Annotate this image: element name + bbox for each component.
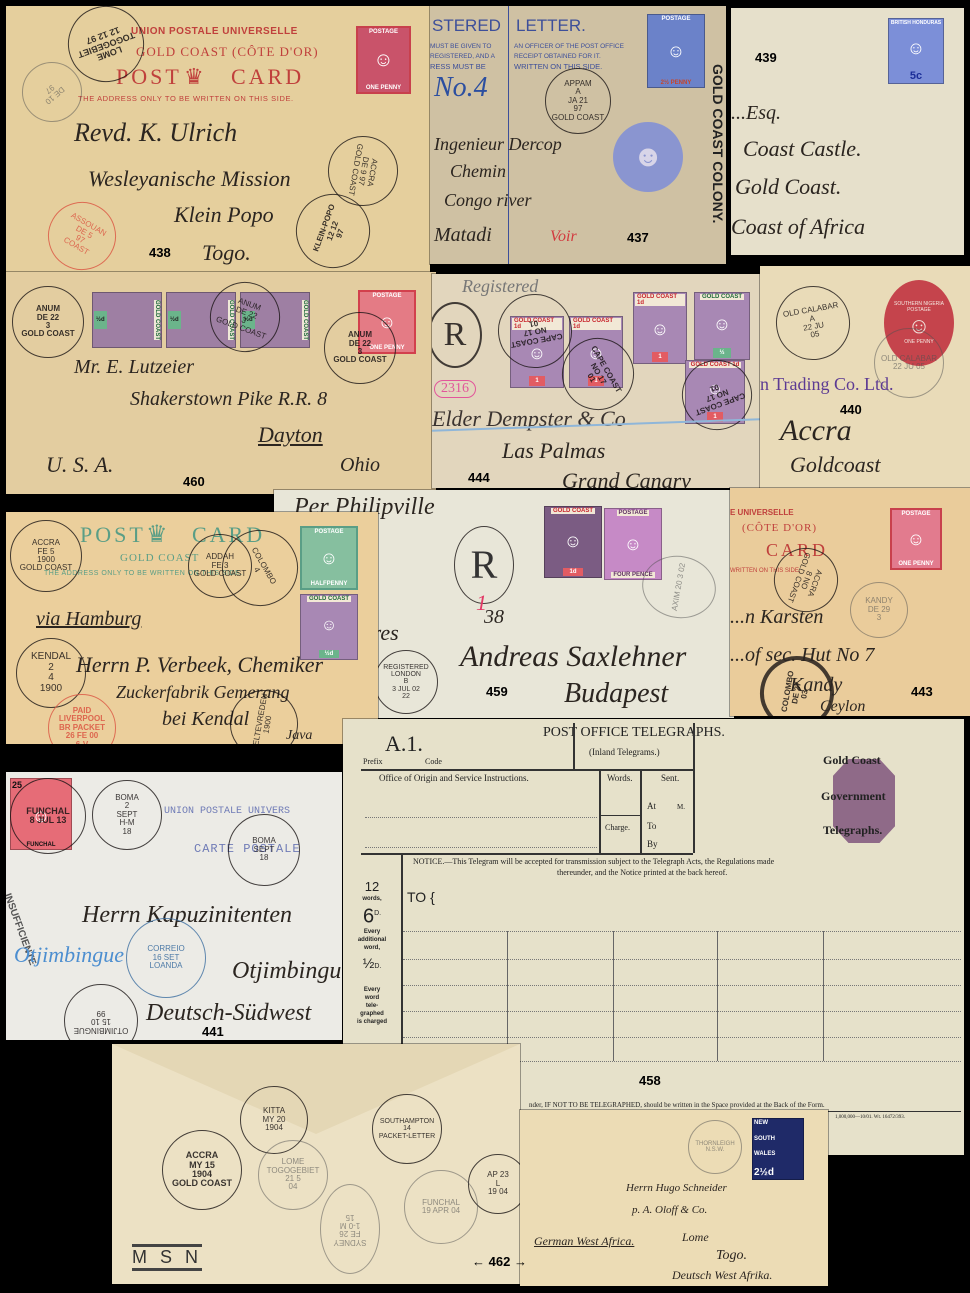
lot-462-envelope-front: NEW SOUTH WALES 2½d THORNLEIGH N.S.W. He… (520, 1110, 828, 1286)
postmark-boma-2: BOMASEPT18 (228, 814, 300, 886)
print-code: 1,000,000—10/01. Wt. 16472/393. (835, 1115, 905, 1120)
address-line-5: Deutsch West Afrika. (672, 1268, 772, 1283)
lot-438-postcard: UNION POSTALE UNIVERSELLE GOLD COAST (CÔ… (6, 6, 430, 272)
address-line-1: Revd. K. Ulrich (74, 118, 237, 148)
address-line-2: Goldcoast (790, 452, 880, 478)
address-line-4: Matadi (434, 224, 492, 247)
lot-462-envelope-back: ACCRAMY 151904GOLD COAST KITTAMY 201904 … (112, 1044, 520, 1284)
one-penny-indicia: POSTAGE ☺ ONE PENNY (890, 508, 942, 570)
overprint-line-2: Government (821, 789, 886, 804)
postmark-anum-right: ANUMDE 223GOLD COAST (324, 312, 396, 384)
lot-number: 444 (468, 470, 490, 485)
grid-col (823, 931, 824, 1061)
form-subtitle: (Inland Telegrams.) (589, 747, 660, 757)
arrow-right-icon: → (514, 1254, 527, 1269)
address-line-2: ...of sec. Hut No 7 (730, 644, 874, 667)
address-line-1: Ingenieur Dercop (434, 134, 562, 155)
overprint-line-3: Telegraphs. (823, 823, 882, 838)
address-line-4: Ceylon (820, 698, 865, 716)
lot-number: 441 (202, 1024, 224, 1039)
address-line-3: Las Palmas (502, 438, 605, 464)
address-line-5: U. S. A. (46, 452, 113, 478)
at-label: At (647, 801, 656, 811)
postmark-funchal: FUNCHAL8 JUL 13 (10, 778, 86, 854)
grid-line (403, 931, 961, 932)
postage-stamp-2half-penny: POSTAGE ☺ 2½ PENNY (647, 14, 705, 88)
dotted-line (365, 817, 597, 818)
postmark-anum-left: ANUMDE 223GOLD COAST (12, 286, 84, 358)
address-line-4: Togo. (716, 1248, 747, 1264)
upu-header: E UNIVERSELLE (730, 508, 794, 517)
registered-oval: R (432, 302, 482, 368)
lot-number: 460 (183, 474, 205, 489)
gold-coast-1d-stamp: GOLD COAST ☺ 1d (544, 506, 602, 578)
lot-number: 443 (911, 684, 933, 699)
registration-indicia: ☻ (613, 122, 683, 192)
grid-line (403, 959, 961, 960)
notice-text: NOTICE.—This Telegram will be accepted f… (413, 857, 774, 866)
address-line-1: Herrn P. Verbeek, Chemiker (76, 652, 323, 678)
grid-line (403, 985, 961, 986)
address-line-1: Herrn Hugo Schneider (626, 1182, 727, 1194)
royal-arms-icon: ♛ (146, 520, 168, 549)
address-line-2: Otjimbingue (232, 958, 342, 985)
red-note: Voir (550, 228, 577, 246)
queen-portrait-icon: ☺ (624, 534, 642, 555)
envelope-flap (112, 1044, 520, 1134)
grid-col (507, 931, 508, 1061)
address-line-3: Deutsch-Südwest (146, 1000, 311, 1027)
lot-437-registered-letter: STERED LETTER. MUST BE GIVEN TO REGISTER… (430, 6, 726, 264)
pink-number-oval: 2316 (434, 380, 476, 398)
side-text-gold-coast-colony: GOLD COAST COLONY. (710, 64, 726, 223)
address-line-3: Budapest (564, 678, 668, 710)
card-title-left: POST (80, 522, 146, 548)
grid-line (403, 1011, 961, 1012)
gold-coast-adhesive: GOLD COAST ☺ ½d (300, 594, 358, 660)
address-line-1: Mr. E. Lutzeier (74, 356, 194, 379)
queen-portrait-icon: ☺ (713, 314, 731, 335)
lot-443-postcard: E UNIVERSELLE (CÔTE D'OR) CARD WRITTEN O… (730, 488, 970, 716)
registration-number: No.4 (434, 72, 488, 104)
lot-number: 439 (755, 50, 777, 65)
value-tablet: ½d (94, 311, 107, 329)
postmark-southampton: SOUTHAMPTON14PACKET-LETTER (372, 1094, 442, 1164)
queen-portrait-icon: ☺ (320, 548, 338, 569)
arrow-left-icon: ← (472, 1254, 485, 1269)
address-line-3: Gold Coast. (735, 174, 841, 200)
king-portrait-icon: ☺ (564, 531, 582, 552)
address-instruction: THE ADDRESS ONLY TO BE WRITTEN ON THIS S… (78, 94, 294, 103)
rule (361, 853, 693, 855)
address-line-3: Kandy (790, 674, 842, 697)
address-line-4: Coast of Africa (731, 214, 865, 240)
msn-machine-cancel: M S N (132, 1244, 202, 1271)
royal-arms-icon: ♛ (184, 64, 204, 90)
address-line-3: Congo river (444, 190, 532, 211)
address-line-2: Chemin (450, 161, 506, 182)
charge-label: Charge. (605, 823, 630, 832)
postmark-thornleigh: THORNLEIGH N.S.W. (688, 1120, 742, 1174)
trading-company-handstamp: n Trading Co. Ltd. (760, 374, 894, 395)
country-name: (CÔTE D'OR) (742, 522, 817, 534)
card-title-right: CARD (231, 64, 304, 90)
grid-line (403, 1037, 961, 1038)
address-line-2: p. A. Oloff & Co. (632, 1204, 707, 1216)
address-line-2: Shakerstown Pike R.R. 8 (130, 388, 327, 411)
to-label-small: To (647, 821, 656, 831)
postmark-london-registered: REGISTEREDLONDONB3 JUL 0222 (374, 650, 438, 714)
postmark-old-calabar: OLD CALABARA22 JU05 (770, 280, 856, 366)
code-label: Code (425, 757, 442, 766)
postmark-red: ASSOUANDE 597COAST (36, 190, 129, 272)
gold-coast-stamp-3: GOLD COAST 1d ☺ 1 (633, 292, 687, 364)
postmark-accra: ACCRAMY 151904GOLD COAST (162, 1130, 242, 1210)
via-note: via Hamburg (36, 608, 141, 631)
by-label: By (647, 839, 658, 849)
title-part-a: STERED (432, 16, 501, 36)
address-line-1: ...Esq. (731, 102, 781, 125)
rule (640, 769, 642, 853)
form-title: POST OFFICE TELEGRAPHS. (543, 725, 725, 741)
lot-442-postcard: POST ♛ CARD GOLD COAST THE ADDRESS ONLY … (6, 512, 378, 744)
lot-440-stationery-envelope: SOUTHERN NIGERIA POSTAGE ☺ ONE PENNY OLD… (760, 266, 970, 488)
halfpenny-indicia: POSTAGE ☺ HALFPENNY (300, 526, 358, 590)
form-code: A.1. (385, 731, 423, 757)
lot-441-postcard: 25 ☺ FUNCHAL FUNCHAL8 JUL 13 BOMA2SEPTH-… (6, 772, 342, 1040)
queen-portrait-icon: ☺ (373, 49, 393, 72)
lot-number: 437 (627, 230, 649, 245)
postmark-lome: LOMETOGOGEBIET21 504 (258, 1140, 328, 1210)
address-line-2: Wesleyanische Mission (88, 166, 291, 192)
lot-444-registered-cover: Registered R 2316 GOLD COAST 1d ☺ 1 GOLD… (432, 274, 760, 488)
queen-portrait-icon: ☺ (651, 319, 669, 340)
m-label: M. (677, 803, 685, 811)
lot-439-cover: BRITISH HONDURAS ☺ 5c 439 ...Esq. Coast … (731, 8, 964, 255)
address-line-2: Andreas Saxlehner (460, 640, 686, 674)
grid-col (613, 931, 614, 1061)
rule (693, 723, 695, 853)
address-line-1: ...n Karsten (730, 606, 823, 629)
footer-instruction: nder, IF NOT TO BE TELEGRAPHED, should b… (529, 1101, 825, 1109)
instructions-left: MUST BE GIVEN TO REGISTERED, AND A RESS … (430, 42, 495, 72)
gold-coast-stamp-4: GOLD COAST ☺ ½ (694, 292, 750, 360)
queen-portrait-icon: ☺ (321, 617, 337, 635)
address-line-4: Grand Canary (562, 468, 691, 488)
overprint-line-1: Gold Coast (823, 753, 881, 768)
origin-label: Office of Origin and Service Instruction… (379, 773, 529, 783)
country-name: GOLD COAST (CÔTE D'OR) (136, 44, 319, 60)
sent-label: Sent. (661, 773, 679, 783)
address-line-2: Coast Castle. (743, 136, 862, 162)
postmark-otjimbingue: OTJIMBINGUE15 1099 (64, 984, 138, 1040)
blue-crayon-note: Otjimbingue (14, 942, 124, 968)
postmark-accra: ACCRAFE 51900GOLD COAST (10, 520, 82, 592)
queen-portrait-icon: ☺ (907, 38, 925, 59)
postmark-correio-loanda: CORREIO16 SETLOANDA (126, 918, 206, 998)
lot-number: 458 (639, 1073, 661, 1088)
address-line-3: Dayton (258, 422, 323, 448)
instructions-right: AN OFFICER OF THE POST OFFICE RECEIPT OB… (514, 42, 624, 72)
postage-stamp-one-penny: POSTAGE ☺ ONE PENNY (356, 26, 411, 94)
postmark-sydney: SYDNEYFE 261-0 M15 (320, 1184, 380, 1274)
british-honduras-stamp: BRITISH HONDURAS ☺ 5c (888, 18, 944, 84)
rule (361, 769, 693, 771)
rate-box: 12 words, 6D. Every additional word, ½D.… (343, 879, 401, 1026)
postmark-appam: APPAMAJA 2197GOLD COAST (545, 68, 611, 134)
to-label: TO { (407, 889, 435, 905)
dotted-line (365, 847, 597, 848)
notice-text-2: thereunder, and the Notice printed at th… (557, 868, 727, 877)
postmark-funchal: FUNCHAL19 APR 04 (404, 1170, 478, 1244)
address-line-4: Ohio (340, 454, 380, 477)
upu-header: UNION POSTALE UNIVERSELLE (131, 26, 298, 37)
postmark-boma-1: BOMA2SEPTH-M18 (92, 780, 162, 850)
rule (599, 769, 601, 853)
postmark-kandy: KANDYDE 293 (850, 582, 908, 638)
queen-portrait-icon: ☺ (667, 41, 685, 62)
adhesive-stamp-1: ½d GOLD COAST (92, 292, 162, 348)
address-line-4: Togo. (202, 240, 251, 266)
count-note: 38 (484, 606, 504, 629)
lot-number: 459 (486, 684, 508, 699)
nsw-2half-d-stamp: NEW SOUTH WALES 2½d (752, 1118, 804, 1180)
route-note: German West Africa. (534, 1234, 634, 1249)
lot-462-label: ← 462 → (472, 1254, 527, 1269)
title-part-b: LETTER. (516, 16, 586, 36)
prefix-label: Prefix (363, 757, 383, 766)
words-label: Words. (607, 773, 633, 783)
queen-profile-icon: ☻ (632, 140, 664, 174)
lot-460-cover: ANUMDE 223GOLD COAST ½d GOLD COAST ½d GO… (6, 272, 436, 494)
grid-col (717, 931, 718, 1061)
postmark-anum-stamp: ANUMDE 223GOLD COAST (200, 272, 290, 362)
address-line-3: Lome (682, 1230, 709, 1245)
rule (599, 815, 640, 816)
lot-number: 438 (149, 245, 171, 260)
queen-portrait-icon: ☺ (907, 529, 925, 550)
address-line-3: Klein Popo (174, 202, 274, 228)
address-line-1: Accra (780, 414, 852, 448)
rule (573, 723, 575, 769)
